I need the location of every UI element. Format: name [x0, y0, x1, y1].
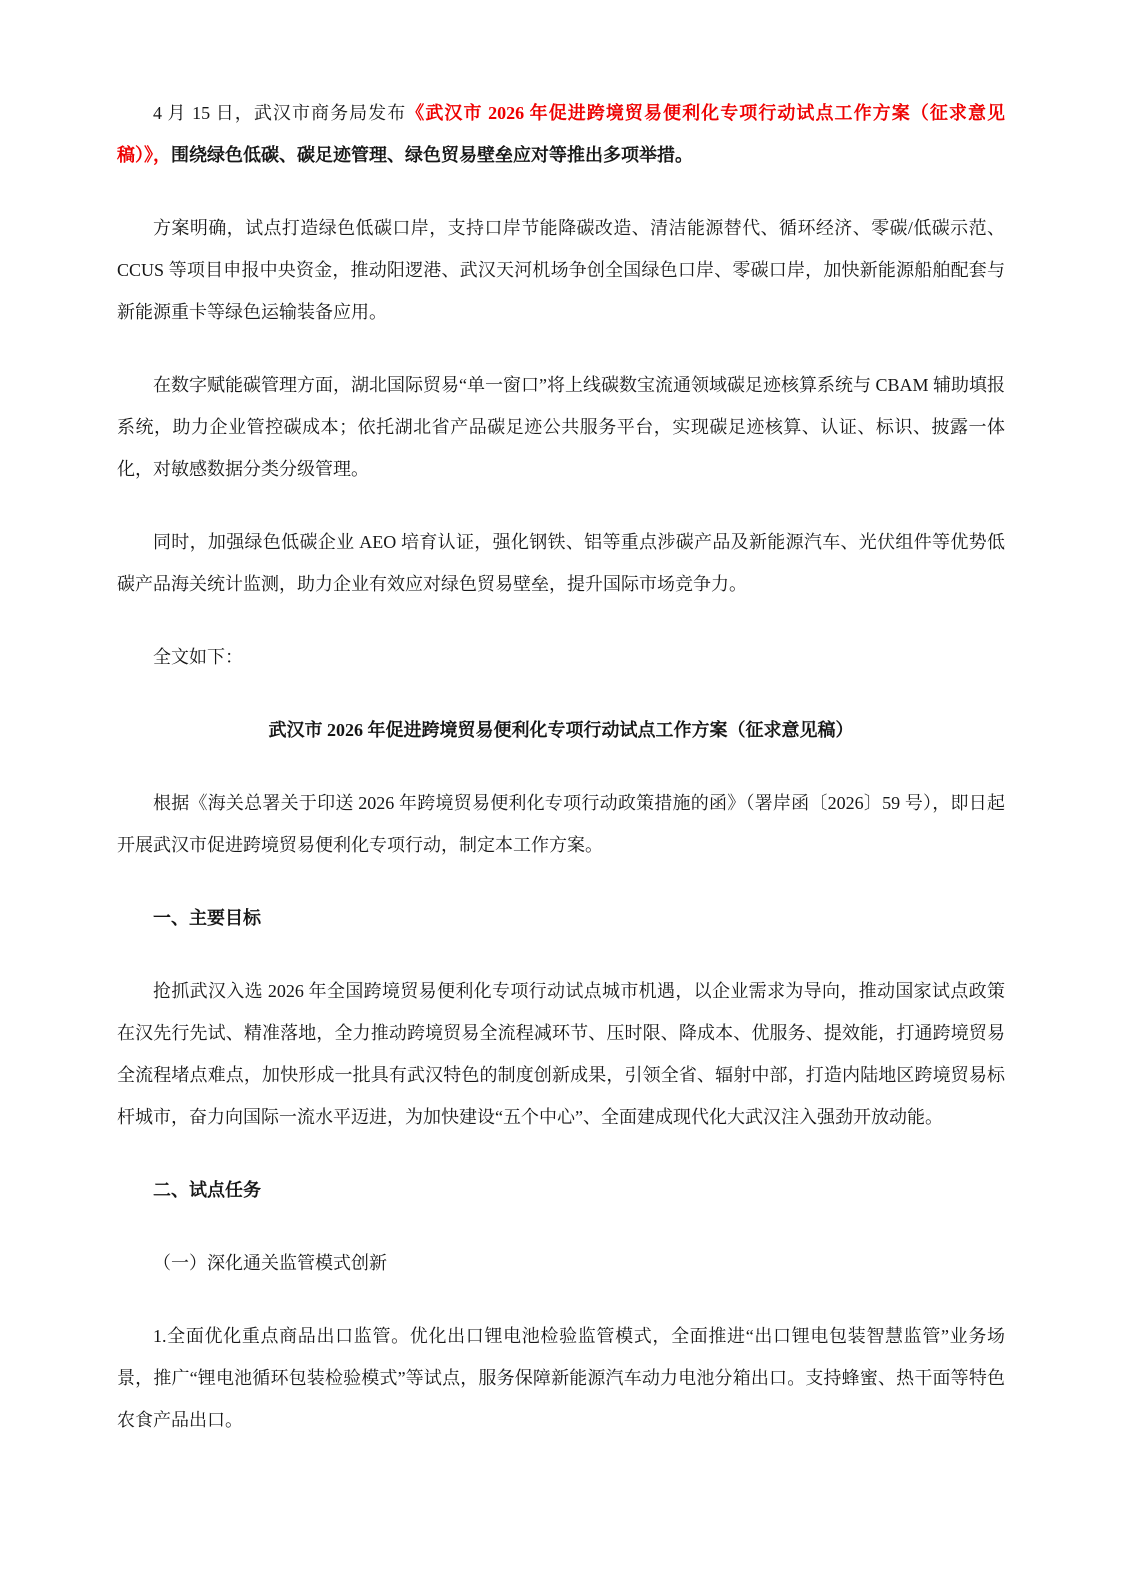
section-2-task-1-paragraph: 1.全面优化重点商品出口监管。优化出口锂电池检验监管模式，全面推进“出口锂电包装…: [117, 1315, 1005, 1441]
intro-paragraph-1: 4 月 15 日，武汉市商务局发布《武汉市 2026 年促进跨境贸易便利化专项行…: [117, 92, 1005, 176]
intro-p1-lead-text: 4 月 15 日，武汉市商务局发布: [153, 103, 406, 123]
plan-title: 武汉市 2026 年促进跨境贸易便利化专项行动试点工作方案（征求意见稿）: [117, 709, 1005, 751]
section-1-heading: 一、主要目标: [117, 897, 1005, 939]
section-1-paragraph: 抢抓武汉入选 2026 年全国跨境贸易便利化专项行动试点城市机遇，以企业需求为导…: [117, 970, 1005, 1138]
intro-paragraph-2: 方案明确，试点打造绿色低碳口岸，支持口岸节能降碳改造、清洁能源替代、循环经济、零…: [117, 207, 1005, 333]
plan-basis-paragraph: 根据《海关总署关于印送 2026 年跨境贸易便利化专项行动政策措施的函》（署岸函…: [117, 782, 1005, 866]
intro-paragraph-4: 同时，加强绿色低碳企业 AEO 培育认证，强化钢铁、铝等重点涉碳产品及新能源汽车…: [117, 521, 1005, 605]
full-text-lead-in: 全文如下：: [117, 636, 1005, 678]
section-2-heading: 二、试点任务: [117, 1169, 1005, 1211]
intro-paragraph-3: 在数字赋能碳管理方面，湖北国际贸易“单一窗口”将上线碳数宝流通领域碳足迹核算系统…: [117, 364, 1005, 490]
intro-p1-emphasis-text: 围绕绿色低碳、碳足迹管理、绿色贸易壁垒应对等推出多项举措。: [171, 145, 693, 165]
document-page: 4 月 15 日，武汉市商务局发布《武汉市 2026 年促进跨境贸易便利化专项行…: [0, 0, 1122, 1587]
section-2-sub-heading-1: （一）深化通关监管模式创新: [117, 1242, 1005, 1284]
